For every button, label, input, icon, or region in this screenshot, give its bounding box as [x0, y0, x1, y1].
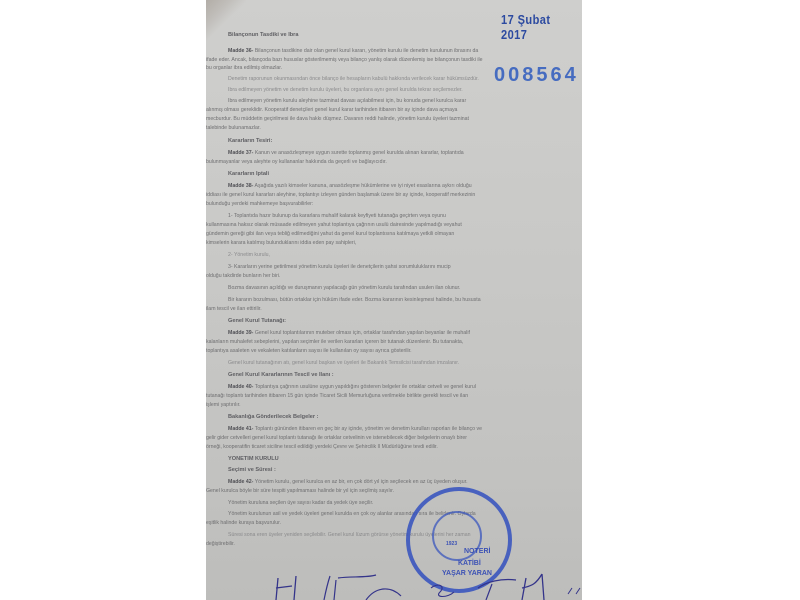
- document-line: işlemi yaptırılır.: [206, 402, 576, 409]
- section-heading: Genel Kurul Tutanağı:: [228, 318, 576, 325]
- document-line: kimselerin karara katılmış bulundukların…: [206, 240, 576, 247]
- document-line: İbra edilmeyen yönetim kurulu aleyhine t…: [228, 98, 576, 105]
- document-line: Bir kararın bozulması, bütün ortaklar iç…: [228, 297, 576, 304]
- document-line: Süresi sona eren üyeler yeniden seçilebi…: [228, 532, 576, 539]
- document-line: gelir gider cetvelleri genel kurul topla…: [206, 435, 576, 442]
- document-line: Madde 38- Aşağıda yazılı kimseler kanuna…: [228, 183, 576, 190]
- document-line: gündemin gereği gibi ilan veya tebliğ ed…: [206, 231, 576, 238]
- date-stamp: 17 Şubat 2017: [501, 12, 570, 42]
- document-line: Madde 40- Toplantıya çağrının usulüne uy…: [228, 384, 576, 391]
- document-line: kalanların muhalefet sebeplerini, yapıla…: [206, 339, 576, 346]
- document-line: örneği, kooperatifin ticaret siciline te…: [206, 444, 576, 451]
- document-line: toplantıya asaleten ve vekaleten katılan…: [206, 348, 576, 355]
- document-line: Genel kurul tutanağının atı, genel kurul…: [228, 360, 576, 367]
- document-line: Genel kurulca böyle bir süre tespiti yap…: [206, 488, 576, 495]
- section-heading: YÖNETİM KURULU: [228, 456, 576, 463]
- document-line: mecburdur. Bu müddetin geçirilmesi ile d…: [206, 116, 576, 123]
- document-line: ifade eder. Ancak, bilançoda bazı hususl…: [206, 57, 576, 64]
- document-body: Bilançonun Tasdiki ve İbraMadde 36- Bila…: [206, 0, 582, 600]
- section-heading: Kararların Tesiri:: [228, 138, 576, 145]
- section-heading: Genel Kurul Kararlarının Tescil ve İlanı…: [228, 372, 576, 379]
- document-line: 1- Toplantıda hazır bulunup da kararlara…: [228, 213, 576, 220]
- document-line: bulunmayanlar veya aleyhte oy kullananla…: [206, 159, 576, 166]
- document-line: alınmış olması gereklidir. Kooperatif de…: [206, 107, 576, 114]
- document-line: eşitlik halinde kuraya başvurulur.: [206, 520, 576, 527]
- section-heading: Seçimi ve Süresi :: [228, 467, 576, 474]
- document-line: talebinde bulunamazlar.: [206, 125, 576, 132]
- document-line: Madde 41- Toplantı gününden itibaren en …: [228, 426, 576, 433]
- section-heading: Bakanlığa Gönderilecek Belgeler :: [228, 414, 576, 421]
- seal-year: 1923: [446, 541, 457, 547]
- document-line: iddiası ile genel kurul kararları aleyhi…: [206, 192, 576, 199]
- document-line: İbra edilmeyen yönetim ve denetim kurulu…: [228, 87, 576, 94]
- document-line: 3- Kararların yerine getirilmesi yönetim…: [228, 264, 576, 271]
- seal-label-noter: NOTERİ: [464, 548, 490, 555]
- document-line: bulunduğu yerdeki mahkemeye başvurabilir…: [206, 201, 576, 208]
- document-line: ilam tescil ve ilan ettirilir.: [206, 306, 576, 313]
- document-page: Bilançonun Tasdiki ve İbraMadde 36- Bila…: [206, 0, 582, 600]
- document-line: kullanmasına haksız olarak müsaade edilm…: [206, 222, 576, 229]
- document-line: olduğu takdirde bunların her biri.: [206, 273, 576, 280]
- document-line: Madde 37- Kanun ve anasözleşmeye uygun s…: [228, 150, 576, 157]
- document-line: Madde 42- Yönetim kurulu, genel kurulca …: [228, 479, 576, 486]
- document-line: 2- Yönetim kurulu,: [228, 252, 576, 259]
- document-line: Madde 36- Bilançonun tasdikine dair olan…: [228, 48, 576, 55]
- seal-label-katib: KATİBİ: [458, 560, 481, 567]
- document-line: Bozma davasının açıldığı ve duruşmanın y…: [228, 285, 576, 292]
- signatures: [216, 572, 582, 600]
- document-number-stamp: 008564: [494, 64, 579, 87]
- section-heading: Kararların İptali: [228, 171, 576, 178]
- document-line: Yönetim kurulunun asil ve yedek üyeleri …: [228, 511, 576, 518]
- document-line: değiştirebilir.: [206, 541, 576, 548]
- document-line: Yönetim kuruluna seçilen üye sayısı kada…: [228, 500, 576, 507]
- document-line: tutanağı toplantı tarihinden itibaren 15…: [206, 393, 576, 400]
- document-line: Madde 39- Genel kurul toplantılarının mu…: [228, 330, 576, 337]
